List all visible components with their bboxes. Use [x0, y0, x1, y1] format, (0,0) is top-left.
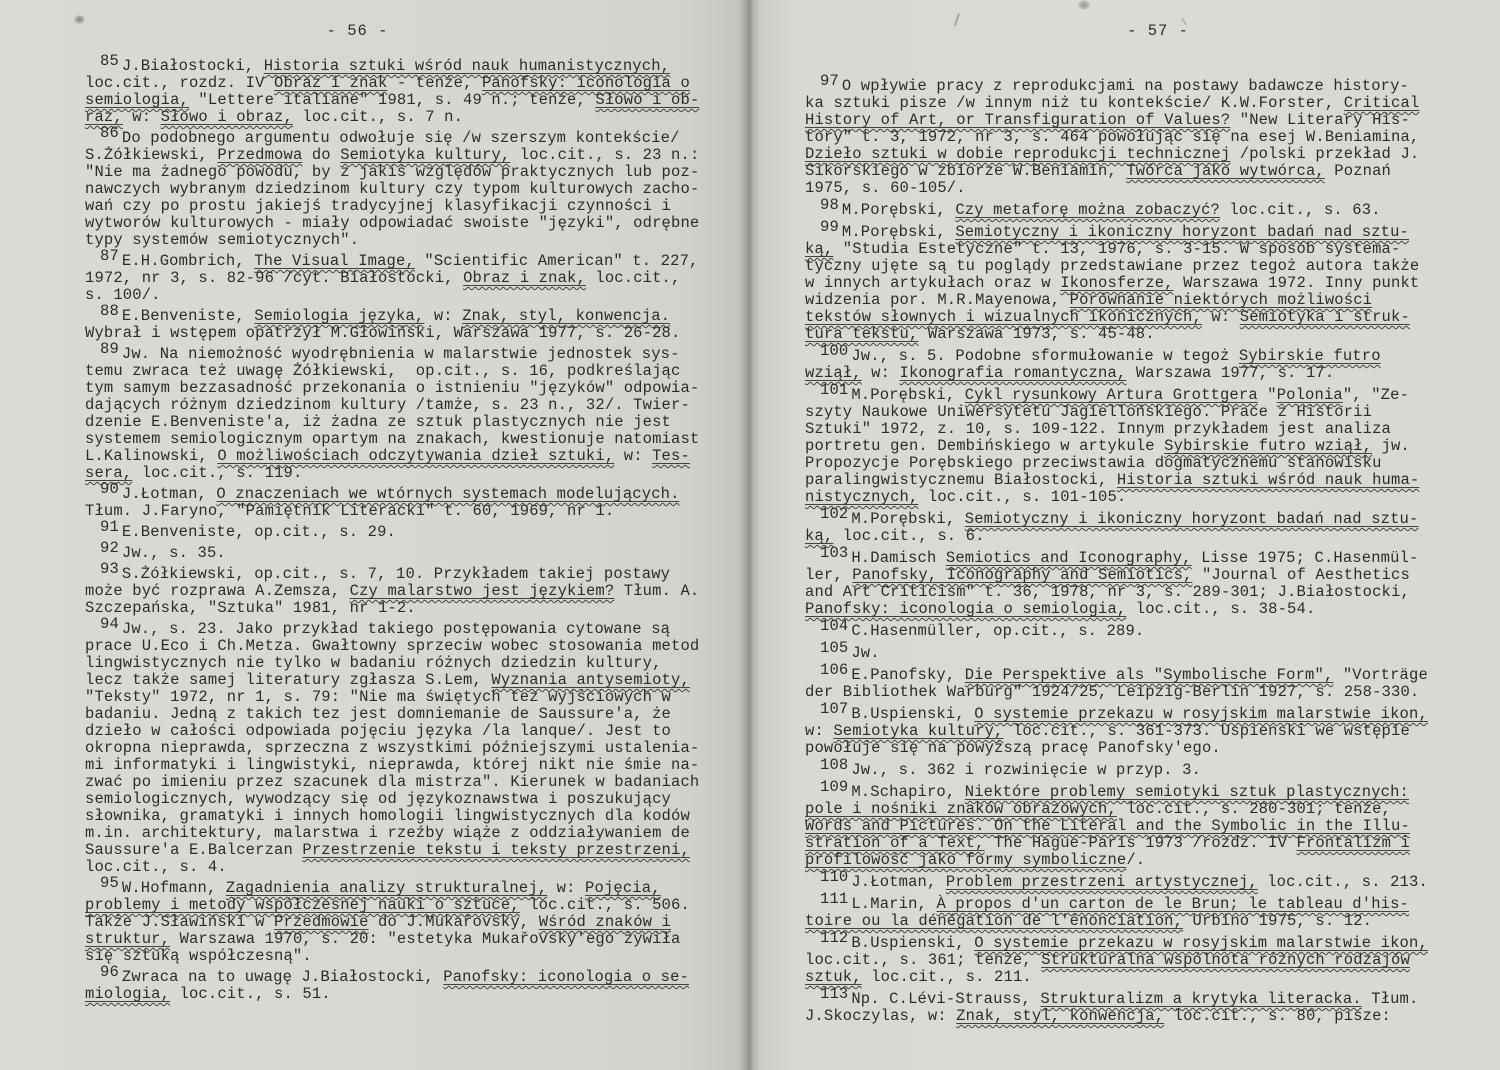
footnote-85: 85J.Białostocki, Historia sztuki wśród n… [85, 58, 717, 126]
footnote-number: 85 [100, 52, 119, 70]
footnote-line: prace U.Eco i Ch.Metza. Gwałtowny sprzec… [85, 638, 717, 655]
footnote-line: temu zwraca też uwagę Żółkiewski, op.cit… [85, 363, 717, 380]
footnote-line: nawczych wybranym dziedzinom kultury czy… [85, 181, 717, 198]
underlined-title: ką, [805, 527, 833, 545]
underlined-title: Semiotics and Iconography, [946, 549, 1192, 567]
underlined-title: miologia, [85, 985, 170, 1003]
footnote-98: 98M.Porębski, Czy metaforę można zobaczy… [805, 202, 1455, 219]
footnote-99: 99M.Porębski, Semiotyczny i ikoniczny ho… [805, 224, 1455, 343]
footnote-line: 90J.Łotman, O znaczeniach we wtórnych sy… [85, 486, 717, 503]
footnote-line: and Art Criticism" t. 36, 1978, nr 3, s.… [805, 584, 1455, 601]
footnote-line: 86Do podobnego argumentu odwołuje się /w… [85, 130, 717, 147]
footnote-line: 91E.Benveniste, op.cit., s. 29. [85, 524, 717, 541]
footnote-line: wań czy po prostu jakiejś tradycyjnej kl… [85, 198, 717, 215]
underlined-title: Słowo i ob- [595, 91, 699, 109]
footnote-line: ler, Panofsky, Iconography and Semiotics… [805, 567, 1455, 584]
footnote-102: 102M.Porębski, Semiotyczny i ikoniczny h… [805, 511, 1455, 545]
footnote-number: 89 [100, 340, 119, 358]
underlined-title: Strukturalna wspólnota różnych rodzajów [1041, 951, 1410, 969]
footnote-111: 111L.Marin, À propos d'un carton de le B… [805, 896, 1455, 930]
footnote-line: loc.cit., s. 4. [85, 859, 717, 876]
footnote-line: słownika, gramatyki i innych homologii l… [85, 808, 717, 825]
footnote-number: 108 [820, 756, 848, 774]
footnote-line: pole i nośniki znaków obrazowych, loc.ci… [805, 801, 1455, 818]
footnote-line: portretu gen. Dembińskiego w artykule Sy… [805, 438, 1455, 455]
footnote-90: 90J.Łotman, O znaczeniach we wtórnych sy… [85, 486, 717, 520]
footnote-line: 89Jw. Na niemożność wyodrębnienia w mala… [85, 346, 717, 363]
footnote-number: 100 [820, 342, 848, 360]
footnote-109: 109M.Schapiro, Niektóre problemy semioty… [805, 784, 1455, 869]
footnote-line: m.in. architektury, malarstwa i rzeźby w… [85, 825, 717, 842]
footnote-line: 98M.Porębski, Czy metaforę można zobaczy… [805, 202, 1455, 219]
footnote-104: 104C.Hasenmüller, op.cit., s. 289. [805, 623, 1455, 640]
footnote-line: 1975, s. 60-105/. [805, 180, 1455, 197]
left-page: - 56 - 85J.Białostocki, Historia sztuki … [0, 0, 748, 1070]
footnote-line: problemy i metody współczesnej nauki o s… [85, 897, 717, 914]
underlined-title: Semiotyczny i ikoniczny horyzont badań n… [955, 223, 1409, 241]
overlined-text: nr 1-2. [350, 599, 416, 617]
footnote-line: loc.cit., s. 361; tenże, Strukturalna ws… [805, 952, 1455, 969]
footnote-number: 107 [820, 700, 848, 718]
left-page-number: - 56 - [0, 22, 715, 40]
footnote-line: Panofsky: iconologia o semiologia, loc.c… [805, 601, 1455, 618]
footnote-line: 93S.Żółkiewski, op.cit., s. 7, 10. Przyk… [85, 566, 717, 583]
footnote-number: 109 [820, 778, 848, 796]
footnote-line: dzieło w całości odpowiada pojęciu język… [85, 723, 717, 740]
footnote-line: badaniu. Jedną z takich tez jest domniem… [85, 706, 717, 723]
underlined-title: Znak, styl, konwencja. [462, 307, 670, 325]
footnote-line: powołuje się na powyższą pracę Panofsky'… [805, 740, 1455, 757]
footnote-number: 97 [820, 72, 839, 90]
underlined-title: Sybirskie futro wziął, [1164, 437, 1372, 455]
footnote-line: ka sztuki pisze /w innym niż tu kontekśc… [805, 95, 1455, 112]
underlined-title: tekstów słownych i wizualnych ikonicznyc… [805, 308, 1202, 326]
footnote-line: 101M.Porębski, Cykl rysunkowy Artura Gro… [805, 387, 1455, 404]
underlined-title: stration of a Text, [805, 834, 985, 852]
underlined-title: Cykl rysunkowy Artura Grottgera [965, 386, 1258, 404]
footnote-line: 87E.H.Gombrich, The Visual Image, "Scien… [85, 253, 717, 270]
footnote-line: wziął, w: Ikonografia romantyczna, Warsz… [805, 365, 1455, 382]
footnote-line: Dzieło sztuki w dobie reprodukcji techni… [805, 146, 1455, 163]
underlined-title: Czy metaforę można zobaczyć? [955, 201, 1220, 219]
underlined-title: toire ou la dénégation de l'énonciation, [805, 912, 1183, 930]
footnote-line: dających różnym dziedzinom kultury /tamż… [85, 397, 717, 414]
footnote-number: 110 [820, 868, 848, 886]
underlined-title: Wyznania antysemioty, [491, 671, 689, 689]
footnote-line: 110J.Łotman, Problem przestrzeni artysty… [805, 874, 1455, 891]
footnote-line: 95W.Hofmann, Zagadnienia analizy struktu… [85, 880, 717, 897]
footnote-95: 95W.Hofmann, Zagadnienia analizy struktu… [85, 880, 717, 965]
footnote-line: toire ou la dénégation de l'énonciation,… [805, 913, 1455, 930]
underlined-title: sztuk, [805, 968, 862, 986]
footnote-number: 99 [820, 218, 839, 236]
footnote-line: typy systemów semiotycznych". [85, 232, 717, 249]
footnote-line: loc.cit., rozdz. IV Obraz i znak - tenże… [85, 75, 717, 92]
footnote-89: 89Jw. Na niemożność wyodrębnienia w mala… [85, 346, 717, 482]
underlined-title: Semiologia języka, [254, 307, 424, 325]
footnote-line: szyty Naukowe Uniwersytetu Jagiellońskie… [805, 404, 1455, 421]
underlined-title: Historia sztuki wśród nauk humanistyczny… [264, 57, 670, 75]
footnote-line: 105Jw. [805, 645, 1455, 662]
footnote-number: 87 [100, 247, 119, 265]
underlined-title: O systemie przekazu w rosyjskim malarstw… [974, 705, 1428, 723]
underlined-title: profilowość jako formy symboliczne [805, 851, 1126, 869]
footnote-line: "Teksty" 1972, nr 1, s. 79: "Nie ma świę… [85, 689, 717, 706]
underlined-title: Sybirskie futro [1239, 347, 1381, 365]
right_page-footnotes: 97O wpływie pracy z reprodukcjami na pos… [805, 73, 1455, 1025]
footnote-87: 87E.H.Gombrich, The Visual Image, "Scien… [85, 253, 717, 304]
footnote-line: tekstów słownych i wizualnych ikonicznyc… [805, 309, 1455, 326]
footnote-line: Tłum. J.Faryno, "Pamiętnik Literacki" t.… [85, 503, 717, 520]
underlined-title: struktur, [85, 930, 170, 948]
footnote-line: 99M.Porębski, Semiotyczny i ikoniczny ho… [805, 224, 1455, 241]
footnote-line: tym samym bezzasadność przekonania o ist… [85, 380, 717, 397]
footnote-line: 100Jw., s. 5. Podobne sformułowanie w te… [805, 348, 1455, 365]
underlined-title: Tes- [652, 447, 690, 465]
underlined-title: Zagadnienia analizy strukturalnej, [226, 879, 547, 897]
footnote-line: 1972, nr 3, s. 82-96 /cyt. Białostocki, … [85, 270, 717, 287]
footnote-103: 103H.Damisch Semiotics and Iconography, … [805, 550, 1455, 618]
underlined-title: Dzieło sztuki w dobie reprodukcji techni… [805, 145, 1230, 163]
underlined-title: Frontalizm i [1297, 834, 1410, 852]
underlined-title: Przestrzenie tekstu i teksty przestrzeni… [302, 841, 690, 859]
footnote-line: miologia, loc.cit., s. 51. [85, 986, 717, 1003]
footnote-line: tory" t. 3, 1972, nr 3, s. 464 powołując… [805, 129, 1455, 146]
footnote-line: ką, "Studia Estetyczne" t. 13, 1976, s. … [805, 241, 1455, 258]
underlined-title: Words and Pictures. On the Literal and t… [805, 817, 1410, 835]
footnote-number: 90 [100, 480, 119, 498]
footnote-line: w: Semiotyka kultury, loc.cit., s. 361-3… [805, 723, 1455, 740]
footnote-line: ką, loc.cit., s. 6. [805, 528, 1455, 545]
footnote-97: 97O wpływie pracy z reprodukcjami na pos… [805, 78, 1455, 197]
underlined-title: O systemie przekazu w rosyjskim malarstw… [974, 934, 1428, 952]
footnote-line: w innych artykułach oraz w Ikonosferze, … [805, 275, 1455, 292]
footnote-113: 113Np. C.Lévi-Strauss, Strukturalizm a k… [805, 991, 1455, 1025]
footnote-line: widzenia por. M.R.Mayenowa, Porównanie n… [805, 292, 1455, 309]
footnote-line: 97O wpływie pracy z reprodukcjami na pos… [805, 78, 1455, 95]
footnote-line: J.Skoczylas, w: Znak, styl, konwencja, l… [805, 1008, 1455, 1025]
underlined-title: wziął, [805, 364, 862, 382]
footnote-number: 88 [100, 302, 119, 320]
underlined-title: The Visual Image, [254, 252, 415, 270]
footnote-93: 93S.Żółkiewski, op.cit., s. 7, 10. Przyk… [85, 566, 717, 617]
underlined-title: Panofsky, Iconography and Semiotics, [852, 566, 1192, 584]
underlined-title: Problem przestrzeni artystycznej, [946, 873, 1258, 891]
footnote-line: 103H.Damisch Semiotics and Iconography, … [805, 550, 1455, 567]
underlined-title: Semiotyka i struk- [1240, 308, 1410, 326]
footnote-line: Także J.Sławiński w Przedmowie do J.Muka… [85, 914, 717, 931]
footnote-112: 112B.Uspienski, O systemie przekazu w ro… [805, 935, 1455, 986]
underlined-title: Obraz i znak, [463, 269, 586, 287]
underlined-title: nistycznych, [805, 488, 918, 506]
underlined-title: Panofsky: iconologia o [482, 74, 690, 92]
footnote-107: 107B.Uspienski, O systemie przekazu w ro… [805, 706, 1455, 757]
footnote-line: L.Kalinowski, O możliwościach odczytywan… [85, 448, 717, 465]
underlined-title: Przedmowa [217, 146, 302, 164]
footnote-line: Sikorskiego w zbiorze W.Beniamin, Twórca… [805, 163, 1455, 180]
underlined-title: ką, [805, 240, 833, 258]
footnote-line: raz, w: Słowo i obraz, loc.cit., s. 7 n. [85, 109, 717, 126]
underlined-title: semiologia, [85, 91, 189, 109]
footnote-number: 91 [100, 518, 119, 536]
footnote-number: 113 [820, 985, 848, 1003]
underlined-title: Historia sztuki wśród nauk huma- [1117, 471, 1419, 489]
footnote-line: profilowość jako formy symboliczne/. [805, 852, 1455, 869]
footnote-106: 106E.Panofsky, Die Perspektive als "Symb… [805, 667, 1455, 701]
footnote-line: Words and Pictures. On the Literal and t… [805, 818, 1455, 835]
footnote-number: 93 [100, 560, 119, 578]
footnote-96: 96Zwraca na to uwagę J.Białostocki, Pano… [85, 969, 717, 1003]
footnote-88: 88E.Benveniste, Semiologia języka, w: Zn… [85, 308, 717, 342]
scanned-book-spread: { "document": { "left_page": { "page_num… [0, 0, 1500, 1070]
underlined-title: Przedmowie [274, 913, 369, 931]
footnote-number: 92 [100, 539, 119, 557]
footnote-line: 102M.Porębski, Semiotyczny i ikoniczny h… [805, 511, 1455, 528]
footnote-line: semiologia, "Lettere italiane" 1981, s. … [85, 92, 717, 109]
footnote-line: 85J.Białostocki, Historia sztuki wśród n… [85, 58, 717, 75]
footnote-line: 94Jw., s. 23. Jako przykład takiego post… [85, 621, 717, 638]
footnote-line: wytworów kulturowych - miały odpowiadać … [85, 215, 717, 232]
footnote-line: S.Żółkiewski, Przedmowa do Semiotyka kul… [85, 147, 717, 164]
footnote-line: 109M.Schapiro, Niektóre problemy semioty… [805, 784, 1455, 801]
underlined-title: Wśród znaków i [539, 913, 671, 931]
footnote-105: 105Jw. [805, 645, 1455, 662]
footnote-line: może być rozprawa A.Zemsza, Czy malarstw… [85, 583, 717, 600]
footnote-line: History of Art, or Transfiguration of Va… [805, 112, 1455, 129]
footnote-94: 94Jw., s. 23. Jako przykład takiego post… [85, 621, 717, 876]
underlined-title: tura tekstu, [805, 325, 918, 343]
footnote-line: 88E.Benveniste, Semiologia języka, w: Zn… [85, 308, 717, 325]
right-page-number: - 57 - [748, 22, 1500, 40]
footnote-101: 101M.Porębski, Cykl rysunkowy Artura Gro… [805, 387, 1455, 506]
footnote-line: der Bibliothek Warburg" 1924/25, Leipzig… [805, 684, 1455, 701]
footnote-line: lecz także samej literatury zgłasza S.Le… [85, 672, 717, 689]
underlined-title: O możliwościach odczytywania dzieł sztuk… [217, 447, 614, 465]
underlined-title: Panofsky: iconologia o se- [443, 968, 689, 986]
underlined-title: pole i nośniki znaków obrazowych, [805, 800, 1117, 818]
footnote-number: 94 [100, 615, 119, 633]
footnote-line: tura tekstu, Warszawa 1973, s. 45-48. [805, 326, 1455, 343]
underlined-title: Ikonografia romantyczna, [900, 364, 1127, 382]
footnote-number: 102 [820, 505, 848, 523]
footnote-line: 96Zwraca na to uwagę J.Białostocki, Pano… [85, 969, 717, 986]
footnote-number: 98 [820, 196, 839, 214]
footnote-100: 100Jw., s. 5. Podobne sformułowanie w te… [805, 348, 1455, 382]
underlined-title: Czy malarstwo jest językiem? [350, 582, 615, 600]
footnote-line: sztuk, loc.cit., s. 211. [805, 969, 1455, 986]
underlined-title: Niektóre problemy semiotyki sztuk plasty… [965, 783, 1409, 801]
footnote-line: nistycznych, loc.cit., s. 101-105. [805, 489, 1455, 506]
footnote-line: tyczny ujęte są tu poglądy przedstawiane… [805, 258, 1455, 275]
footnote-line: mi informatyki i lingwistyki, nieprawda,… [85, 757, 717, 774]
footnote-line: struktur, Warszawa 1970, s. 20: "estetyk… [85, 931, 717, 948]
footnote-line: "Nie ma żadnego powodu, by z jakiś wzglę… [85, 164, 717, 181]
underlined-title: Semiotyczny i ikoniczny horyzont badań n… [965, 510, 1419, 528]
underlined-title: Polonia [1277, 386, 1343, 404]
footnote-number: 105 [820, 639, 848, 657]
underlined-title: Znak, styl, konwencja, [956, 1007, 1164, 1025]
footnote-number: 111 [820, 890, 848, 908]
underlined-title: Die Perspektive als "Symbolische Form", [965, 666, 1334, 684]
underlined-title: Critical [1344, 94, 1420, 112]
footnote-line: Wybrał i wstępem opatrzył M.Głowiński, W… [85, 325, 717, 342]
footnote-86: 86Do podobnego argumentu odwołuje się /w… [85, 130, 717, 249]
footnote-number: 95 [100, 874, 119, 892]
footnote-line: paralingwistycznemu Białostocki, Histori… [805, 472, 1455, 489]
footnote-line: Szczepańska, "Sztuka" 1981, nr 1-2. [85, 600, 717, 617]
underlined-title: Ikonosferze, [1060, 274, 1173, 292]
underlined-title: Semiotyka kultury, [340, 146, 510, 164]
footnote-line: okropna nieprawda, sprzeczna z wszystkim… [85, 740, 717, 757]
footnote-line: 113Np. C.Lévi-Strauss, Strukturalizm a k… [805, 991, 1455, 1008]
footnote-line: stration of a Text, The Hague-Paris 1973… [805, 835, 1455, 852]
footnote-line: 106E.Panofsky, Die Perspektive als "Symb… [805, 667, 1455, 684]
underlined-title: Słowo i obraz, [161, 108, 293, 126]
underlined-title: Obraz i znak [274, 74, 387, 92]
footnote-line: Saussure'a E.Balcerzan Przestrzenie teks… [85, 842, 717, 859]
underlined-title: Strukturalizm a krytyka literacka. [1040, 990, 1361, 1008]
underlined-title: Porównanie niektórych możliwości [1070, 291, 1372, 309]
footnote-line: 92Jw., s. 35. [85, 545, 717, 562]
footnote-line: zwać po imieniu przez szacunek dla mistr… [85, 774, 717, 791]
footnote-number: 103 [820, 544, 848, 562]
footnote-110: 110J.Łotman, Problem przestrzeni artysty… [805, 874, 1455, 891]
footnote-line: dzenie E.Benveniste'a, iż żadna ze sztuk… [85, 414, 717, 431]
underlined-title: Semiotyka kultury, [833, 722, 1003, 740]
footnote-91: 91E.Benveniste, op.cit., s. 29. [85, 524, 717, 541]
footnote-line: Propozycje Porębskiego przeciwstawia dog… [805, 455, 1455, 472]
footnote-line: semiologicznych, wywodzący się od języko… [85, 791, 717, 808]
footnote-line: systemem semiologicznym opartym na znaka… [85, 431, 717, 448]
footnote-number: 86 [100, 124, 119, 142]
footnote-line: się sztuką współczesną". [85, 948, 717, 965]
footnote-line: s. 100/. [85, 287, 717, 304]
footnote-92: 92Jw., s. 35. [85, 545, 717, 562]
underlined-title: problemy i metody współczesnej nauki o s… [85, 896, 520, 914]
underlined-title: À propos d'un carton de le Brun; le tabl… [936, 895, 1409, 913]
footnote-line: 104C.Hasenmüller, op.cit., s. 289. [805, 623, 1455, 640]
underlined-title: O znaczeniach we wtórnych systemach mode… [216, 485, 679, 503]
footnote-line: 107B.Uspienski, O systemie przekazu w ro… [805, 706, 1455, 723]
footnote-number: 104 [820, 617, 848, 635]
footnote-108: 108Jw., s. 362 i rozwinięcie w przyp. 3. [805, 762, 1455, 779]
underlined-title: Twórca jako wytwórca, [1126, 162, 1324, 180]
left_page-footnotes: 85J.Białostocki, Historia sztuki wśród n… [85, 58, 717, 1003]
footnote-number: 112 [820, 929, 848, 947]
right-page: - 57 - 97O wpływie pracy z reprodukcjami… [748, 0, 1500, 1070]
footnote-number: 96 [100, 963, 119, 981]
footnote-number: 101 [820, 381, 848, 399]
footnote-line: 112B.Uspienski, O systemie przekazu w ro… [805, 935, 1455, 952]
footnote-line: sera, loc.cit., s. 119. [85, 465, 717, 482]
footnote-line: Sztuki" 1972, z. 10, s. 109-122. Innym p… [805, 421, 1455, 438]
footnote-line: 111L.Marin, À propos d'un carton de le B… [805, 896, 1455, 913]
underlined-title: History of Art, or Transfiguration of Va… [805, 111, 1230, 129]
underlined-title: Panofsky: iconologia o semiologia, [805, 600, 1126, 618]
footnote-line: 108Jw., s. 362 i rozwinięcie w przyp. 3. [805, 762, 1455, 779]
underlined-title: Pojęcia, [585, 879, 661, 897]
footnote-number: 106 [820, 661, 848, 679]
footnote-line: lingwistycznych nie tylko w badaniu różn… [85, 655, 717, 672]
